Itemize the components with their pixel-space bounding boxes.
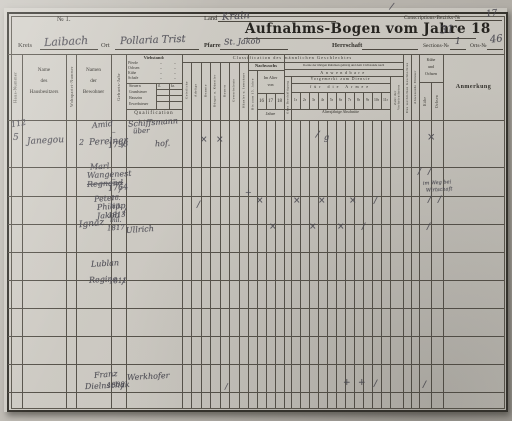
tax-header-fl: fl. bbox=[158, 85, 161, 89]
handwriting-entry: – bbox=[112, 129, 116, 136]
grid-vline bbox=[336, 120, 337, 408]
orts-blank-line bbox=[487, 49, 503, 50]
viehstand-title: Viehstand: bbox=[126, 56, 182, 61]
grid-hline bbox=[8, 252, 504, 253]
handwriting-entry: ∕ bbox=[122, 278, 125, 287]
anwendbare-footer: Altersjährige Abschnitte bbox=[291, 111, 390, 115]
pfarre-label: Pfarre bbox=[204, 43, 221, 49]
col-haus-nummer: Haus-Nummer bbox=[9, 56, 22, 118]
handwriting-entry: × bbox=[318, 197, 326, 206]
livestock-title-line1: Kühe bbox=[419, 58, 443, 62]
grid-vline bbox=[291, 76, 292, 408]
herrschaft-label: Herrschaft bbox=[332, 43, 362, 50]
col-category-4: Bürger u. Künstler bbox=[211, 63, 220, 118]
handwriting-entry: ∕ bbox=[119, 186, 122, 194]
grid-hline bbox=[257, 109, 390, 110]
handwriting-entry: 5 bbox=[13, 134, 19, 143]
handwriting-entry: × bbox=[269, 223, 277, 232]
qualification-footer: Qualification bbox=[126, 111, 182, 116]
handwriting-entry: 31 bbox=[440, 24, 455, 36]
grid-vline bbox=[300, 120, 301, 408]
armee-class-header-cell: 3r bbox=[309, 92, 318, 109]
handwriting-entry: ∕ bbox=[123, 208, 126, 217]
form-content-layer: № 1. Land Conscriptions-Bezirks-№ Aufnah… bbox=[0, 0, 512, 421]
handwriting-entry: – bbox=[112, 176, 116, 183]
col-category-3: Beamte bbox=[202, 63, 211, 118]
scanned-census-form: № 1. Land Conscriptions-Bezirks-№ Aufnah… bbox=[0, 0, 512, 421]
nachwuchs-footer: Jahre bbox=[257, 112, 284, 117]
land-label: Land bbox=[204, 16, 217, 23]
col-nachwuchs-bis15: Bis zum 15. Jahre bbox=[249, 71, 258, 118]
grid-hline bbox=[419, 82, 443, 83]
grid-hline bbox=[8, 392, 504, 393]
handwriting-entry: 46 bbox=[490, 34, 504, 45]
ort-blank-line bbox=[115, 49, 199, 50]
owner-header-line1: Name bbox=[22, 68, 66, 73]
armee-class-header-cell: 7r bbox=[345, 92, 354, 109]
col-wohnpartei: Wohnpartei-Nummer bbox=[67, 56, 77, 118]
handwriting-entry: ∕ bbox=[374, 380, 377, 389]
grid-vline bbox=[169, 83, 170, 109]
col-geburtsjahr: Geburts-Jahr bbox=[112, 56, 127, 118]
grid-hline bbox=[8, 54, 504, 55]
bewohner-header-line1: Namen bbox=[76, 68, 111, 73]
handwriting-entry: – bbox=[111, 372, 115, 379]
grid-vline bbox=[22, 54, 23, 408]
grid-vline bbox=[275, 120, 276, 408]
armee-class-header-cell: 9r bbox=[363, 92, 372, 109]
grid-hline bbox=[284, 69, 403, 70]
handwriting-entry: über bbox=[133, 128, 150, 136]
handwriting-entry: 16. bbox=[111, 196, 121, 202]
col-category-7: Häusler u. Inwohner bbox=[240, 63, 249, 118]
sections-label: Sections-№ bbox=[423, 44, 449, 50]
handwriting-entry: × bbox=[200, 136, 208, 145]
handwriting-entry: g bbox=[324, 134, 329, 142]
form-number: № 1. bbox=[57, 16, 71, 23]
handwriting-entry: + bbox=[358, 379, 366, 388]
handwriting-entry: Werkhofer bbox=[127, 372, 170, 382]
handwriting-entry: 17 bbox=[486, 9, 498, 19]
anwendbare-line1: In eine der übrigen Rubriken gehörig und… bbox=[285, 64, 402, 67]
handwriting-entry: ∕ bbox=[438, 196, 441, 205]
handwriting-entry: ∕ bbox=[121, 383, 124, 392]
anwendbare-line3: Vorgemerkt zum Dienste bbox=[291, 78, 390, 82]
bewohner-header-line3: Bewohner bbox=[76, 90, 111, 95]
grid-vline bbox=[327, 120, 328, 408]
handwriting-entry: × bbox=[427, 133, 435, 143]
tax-header-kr: kr. bbox=[171, 85, 175, 89]
handwriting-entry: ∕ bbox=[423, 381, 426, 390]
col-ochsen: Ochsen bbox=[432, 84, 444, 118]
handwriting-entry: Ullrich bbox=[126, 225, 154, 235]
handwriting-entry: ∕ bbox=[374, 197, 377, 206]
armee-class-header-cell: 10r bbox=[372, 92, 381, 109]
handwriting-entry: × bbox=[349, 197, 357, 206]
kreis-blank-line bbox=[40, 49, 98, 50]
grid-vline bbox=[318, 120, 319, 408]
armee-class-header-cell: 6r bbox=[336, 92, 345, 109]
bewohner-header-line2: der bbox=[76, 79, 111, 84]
armee-class-header-cell: 4r bbox=[318, 92, 327, 109]
handwriting-entry: St. Jakob bbox=[224, 37, 261, 46]
age-header-cell: 17 bbox=[266, 93, 275, 109]
handwriting-entry: × bbox=[337, 223, 345, 232]
grid-vline bbox=[354, 120, 355, 408]
handwriting-entry: 1817 bbox=[107, 225, 125, 233]
tax-row-label: Hauszins bbox=[129, 97, 142, 101]
handwriting-entry: + bbox=[245, 189, 252, 197]
grid-vline bbox=[431, 82, 432, 408]
handwriting-entry: 2 bbox=[79, 139, 84, 147]
classification-banner: Classification des männlichen Geschlecht… bbox=[182, 56, 403, 60]
viehstand-row-value1: – bbox=[160, 77, 162, 81]
handwriting-entry: 112 bbox=[10, 119, 26, 130]
handwriting-entry: hof. bbox=[155, 140, 171, 149]
age-header-cell: 18 bbox=[275, 93, 284, 109]
handwriting-entry: Janegou bbox=[27, 136, 64, 147]
age-header-cell: 16 bbox=[257, 93, 266, 109]
grid-vline bbox=[390, 76, 391, 408]
ort-label: Ort bbox=[101, 43, 110, 50]
col-kuehe: Kühe bbox=[420, 84, 432, 118]
handwriting-entry: × bbox=[256, 197, 264, 206]
col-category-2: Adelige bbox=[192, 63, 201, 118]
nachwuchs-title: Nachwuchs bbox=[248, 64, 284, 69]
pfarre-blank-line bbox=[220, 49, 288, 50]
handwriting-entry: 1 bbox=[455, 38, 461, 47]
anwendbare-line4: für die Armee bbox=[291, 85, 390, 89]
handwriting-entry: × bbox=[293, 197, 301, 206]
handwriting-entry: + bbox=[343, 379, 351, 388]
tax-header-label: Steuern bbox=[129, 85, 141, 89]
handwriting-entry: mil. bbox=[110, 204, 121, 210]
title-underline bbox=[244, 38, 476, 39]
handwriting-entry: Lublan bbox=[91, 259, 119, 268]
livestock-title-line3: Ochsen bbox=[419, 72, 443, 76]
tax-row-label: Erwerbsteuer bbox=[129, 103, 148, 107]
handwriting-entry: ∕ bbox=[315, 131, 319, 140]
tax-row-label: Grundsteuer bbox=[129, 91, 147, 95]
col-verheirathete: Zahl der Verheiratheten bbox=[391, 77, 404, 118]
handwriting-entry: ∕ bbox=[428, 196, 431, 205]
viehstand-row-label: Schafe bbox=[128, 77, 138, 81]
handwriting-entry: Ignaz bbox=[79, 219, 105, 231]
grid-vline bbox=[363, 120, 364, 408]
armee-class-header-cell: 1r bbox=[291, 92, 300, 109]
owner-header-line3: Hausbesitzers bbox=[22, 90, 66, 95]
col-category-5: Bauern bbox=[221, 63, 230, 118]
viehstand-row-value2: – bbox=[174, 77, 176, 81]
grid-vline bbox=[372, 120, 373, 408]
grid-hline bbox=[126, 109, 182, 110]
grid-vline bbox=[266, 120, 267, 408]
anmerkung-label: Anmerkung bbox=[443, 84, 504, 90]
col-category-1: Geistliche bbox=[183, 63, 192, 118]
grid-hline bbox=[8, 336, 504, 337]
armee-class-header-cell: 8r bbox=[354, 92, 363, 109]
orts-label: Orts-№ bbox=[470, 44, 487, 50]
handwriting-entry: ∕ bbox=[389, 3, 394, 12]
col-category-6: Gewerbsleute bbox=[230, 63, 239, 118]
kreis-label: Kreis bbox=[18, 43, 32, 50]
anwendbare-line2: Anwendbare bbox=[285, 71, 402, 75]
grid-hline bbox=[291, 83, 390, 84]
grid-hline bbox=[284, 76, 403, 77]
handwriting-entry: ∕ bbox=[197, 201, 200, 210]
col-abwesende: Abwesende Männer bbox=[412, 57, 420, 118]
grid-hline bbox=[8, 120, 504, 121]
handwriting-entry: ∕ bbox=[122, 141, 125, 150]
grid-vline bbox=[156, 83, 157, 109]
handwriting-entry: × bbox=[216, 136, 224, 145]
handwriting-entry: ∕ bbox=[225, 383, 228, 391]
handwriting-entry: Krain bbox=[222, 11, 250, 23]
livestock-title-line2: und bbox=[419, 65, 443, 69]
nachwuchs-alter-line1: Im Alter bbox=[257, 76, 284, 80]
owner-header-line2: des bbox=[22, 79, 66, 84]
grid-vline bbox=[345, 120, 346, 408]
nachwuchs-alter-line2: von bbox=[257, 83, 284, 87]
grid-hline bbox=[8, 364, 504, 365]
handwriting-entry: Laibach bbox=[44, 35, 89, 48]
herrschaft-blank-line bbox=[362, 49, 418, 50]
handwriting-entry: ∕ bbox=[418, 168, 421, 177]
sections-blank-line bbox=[450, 49, 466, 50]
handwriting-entry: Pollaria Trist bbox=[120, 35, 186, 47]
grid-vline bbox=[309, 120, 310, 408]
handwriting-entry: × bbox=[309, 223, 317, 232]
grid-hline bbox=[8, 280, 504, 281]
grid-vline bbox=[381, 120, 382, 408]
grid-hline bbox=[8, 308, 504, 309]
col-weibliches-geschlecht: Des weiblichen Geschlechtes bbox=[404, 57, 412, 118]
handwriting-entry: ∕ bbox=[362, 223, 365, 232]
armee-class-header-cell: 5r bbox=[327, 92, 336, 109]
armee-class-header-cell: 2r bbox=[300, 92, 309, 109]
handwriting-entry: ∕ bbox=[427, 223, 430, 232]
armee-class-header-cell: 11r bbox=[381, 92, 390, 109]
handwriting-entry: ∕ bbox=[428, 168, 431, 177]
handwriting-entry: Wirtschaft bbox=[426, 187, 453, 193]
